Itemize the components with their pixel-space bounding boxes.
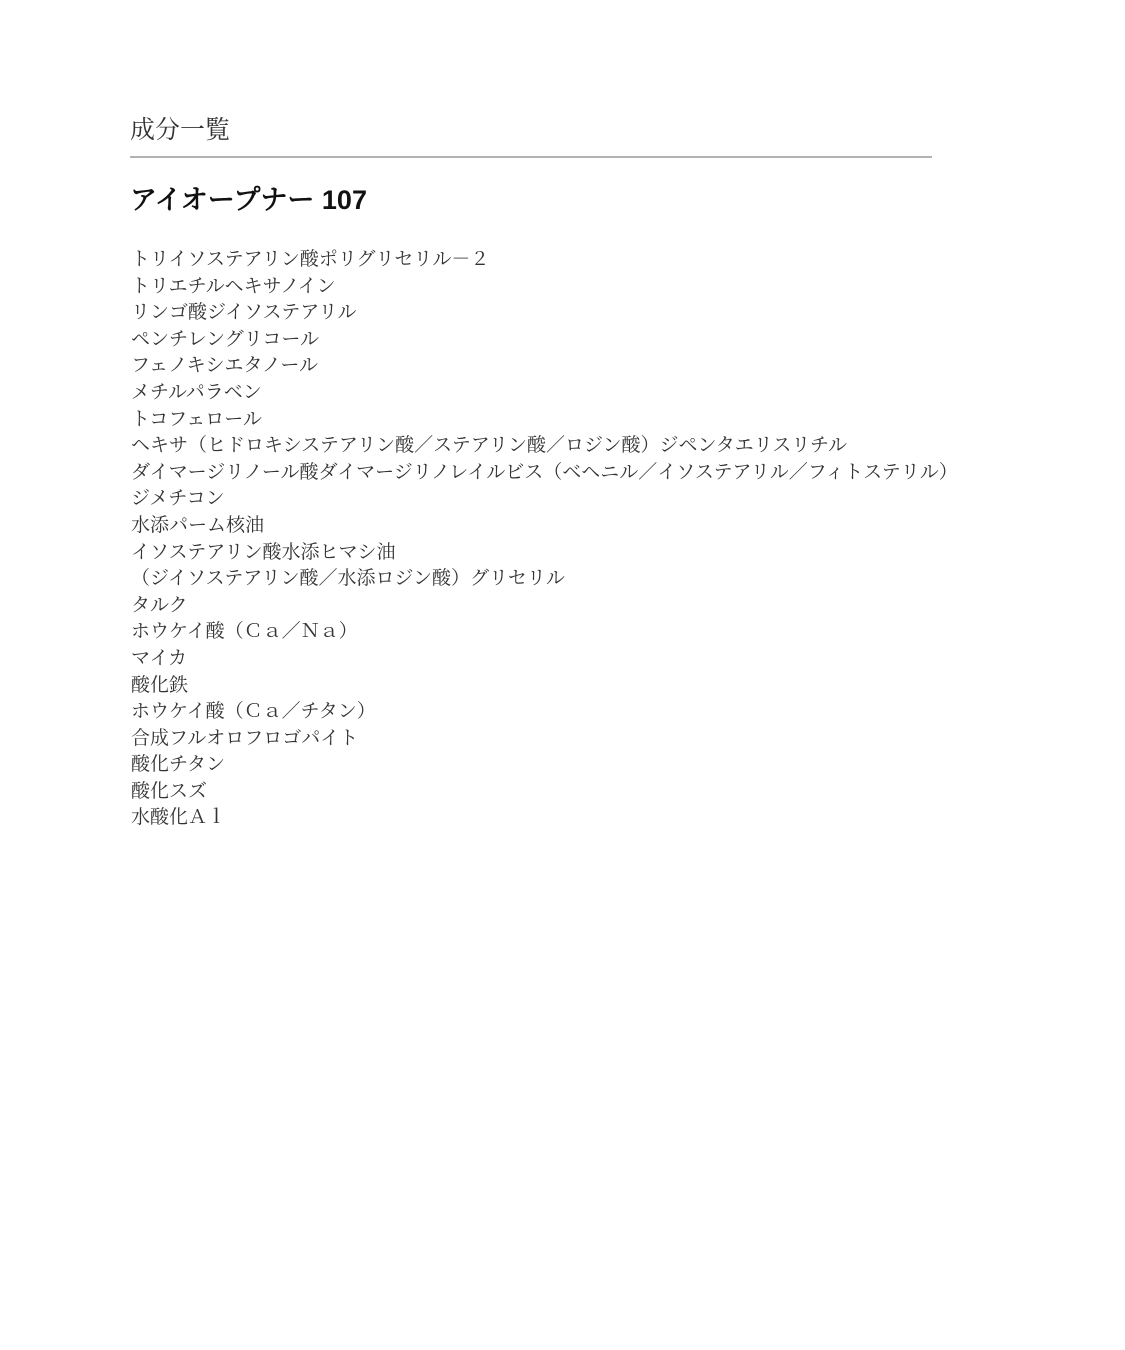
ingredient-item: 水添パーム核油 [131, 513, 958, 540]
ingredient-page: 成分一覧 アイオープナー 107 トリイソステアリン酸ポリグリセリル－２ トリエ… [0, 0, 1125, 1350]
page-heading: 成分一覧 [130, 110, 230, 146]
ingredient-item: ダイマージリノール酸ダイマージリノレイルビス（ベヘニル／イソステアリル／フィトス… [131, 460, 958, 487]
ingredient-item: トリイソステアリン酸ポリグリセリル－２ [131, 247, 958, 274]
ingredient-item: ホウケイ酸（Ｃａ／チタン） [131, 699, 958, 726]
ingredient-item: メチルパラベン [131, 380, 958, 407]
ingredient-item: ホウケイ酸（Ｃａ／Ｎａ） [131, 619, 958, 646]
ingredient-item: 酸化スズ [131, 779, 958, 806]
ingredient-item: リンゴ酸ジイソステアリル [131, 300, 958, 327]
ingredient-item: 酸化鉄 [131, 673, 958, 700]
ingredient-item: 合成フルオロフロゴパイト [131, 726, 958, 753]
ingredient-item: タルク [131, 593, 958, 620]
ingredient-item: マイカ [131, 646, 958, 673]
ingredient-item: ジメチコン [131, 486, 958, 513]
ingredient-item: ヘキサ（ヒドロキシステアリン酸／ステアリン酸／ロジン酸）ジペンタエリスリチル [131, 433, 958, 460]
ingredient-item: （ジイソステアリン酸／水添ロジン酸）グリセリル [131, 566, 958, 593]
ingredient-item: フェノキシエタノール [131, 353, 958, 380]
product-title: アイオープナー 107 [130, 178, 367, 217]
ingredient-item: 酸化チタン [131, 752, 958, 779]
ingredient-item: 水酸化Ａｌ [131, 805, 958, 832]
ingredient-item: トリエチルヘキサノイン [131, 274, 958, 301]
ingredient-item: トコフェロール [131, 407, 958, 434]
ingredient-item: ペンチレングリコール [131, 327, 958, 354]
ingredient-list: トリイソステアリン酸ポリグリセリル－２ トリエチルヘキサノイン リンゴ酸ジイソス… [131, 247, 958, 832]
section-divider [130, 156, 932, 158]
ingredient-item: イソステアリン酸水添ヒマシ油 [131, 540, 958, 567]
